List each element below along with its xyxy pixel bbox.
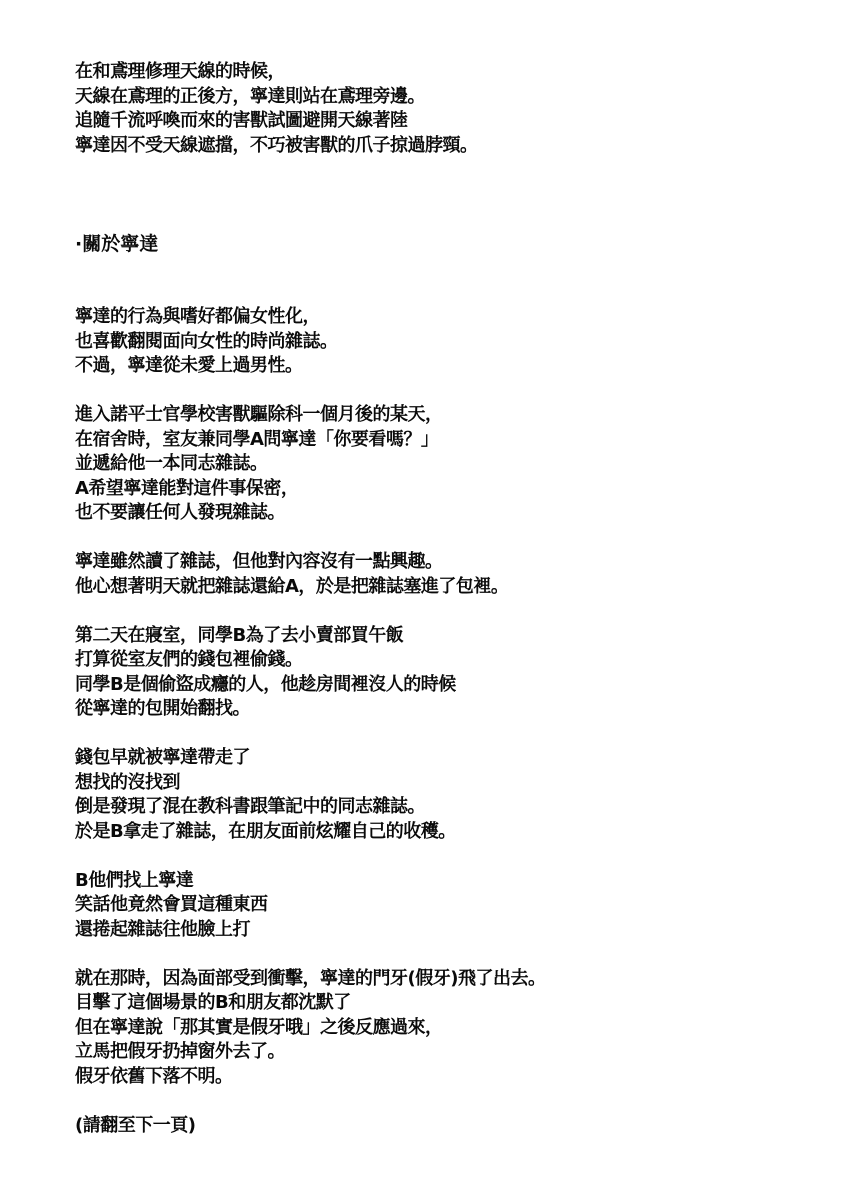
text-line: 寧達因不受天線遮擋，不巧被害獸的爪子掠過脖頸。 bbox=[75, 134, 795, 159]
paragraph-magazine: 進入諾平士官學校害獸驅除科一個月後的某天， 在宿舍時，室友兼同學A問寧達「你要看… bbox=[75, 403, 795, 526]
spacer bbox=[75, 256, 795, 281]
spacer bbox=[75, 183, 795, 208]
text-line: 笑話他竟然會買這種東西 bbox=[75, 893, 795, 918]
text-line: 但在寧達說「那其實是假牙哦」之後反應過來， bbox=[75, 1016, 795, 1041]
section-title: ·關於寧達 bbox=[75, 232, 795, 257]
text-line: 進入諾平士官學校害獸驅除科一個月後的某天， bbox=[75, 403, 795, 428]
text-line: 想找的沒找到 bbox=[75, 771, 795, 796]
text-line: 同學B是個偷盜成癮的人，他趁房間裡沒人的時候 bbox=[75, 673, 795, 698]
spacer bbox=[75, 526, 795, 551]
text-line: 他心想著明天就把雜誌還給A，於是把雜誌塞進了包裡。 bbox=[75, 575, 795, 600]
text-line: 目擊了這個場景的B和朋友都沈默了 bbox=[75, 991, 795, 1016]
text-line: 也不要讓任何人發現雜誌。 bbox=[75, 501, 795, 526]
text-line: 在和鳶理修理天線的時候， bbox=[75, 60, 795, 85]
paragraph-theft: 第二天在寢室，同學B為了去小賣部買午飯 打算從室友們的錢包裡偷錢。 同學B是個偷… bbox=[75, 624, 795, 722]
spacer bbox=[75, 158, 795, 183]
intro-paragraph: 在和鳶理修理天線的時候， 天線在鳶理的正後方，寧達則站在鳶理旁邊。 追隨千流呼喚… bbox=[75, 60, 795, 158]
text-line: 於是B拿走了雜誌，在朋友面前炫耀自己的收穫。 bbox=[75, 820, 795, 845]
paragraph-confrontation: B他們找上寧達 笑話他竟然會買這種東西 還捲起雜誌往他臉上打 bbox=[75, 869, 795, 943]
paragraph-reading: 寧達雖然讀了雜誌，但他對內容沒有一點興趣。 他心想著明天就把雜誌還給A，於是把雜… bbox=[75, 550, 795, 599]
text-line: 並遞給他一本同志雜誌。 bbox=[75, 452, 795, 477]
text-line: 追隨千流呼喚而來的害獸試圖避開天線著陸 bbox=[75, 109, 795, 134]
spacer bbox=[75, 844, 795, 869]
spacer bbox=[75, 379, 795, 404]
text-line: 寧達的行為與嗜好都偏女性化， bbox=[75, 305, 795, 330]
spacer bbox=[75, 599, 795, 624]
spacer bbox=[75, 1089, 795, 1114]
paragraph-false-tooth: 就在那時，因為面部受到衝擊，寧達的門牙(假牙)飛了出去。 目擊了這個場景的B和朋… bbox=[75, 967, 795, 1090]
text-line: A希望寧達能對這件事保密， bbox=[75, 477, 795, 502]
spacer bbox=[75, 942, 795, 967]
text-line: 假牙依舊下落不明。 bbox=[75, 1065, 795, 1090]
text-line: 打算從室友們的錢包裡偷錢。 bbox=[75, 648, 795, 673]
paragraph-discovery: 錢包早就被寧達帶走了 想找的沒找到 倒是發現了混在教科書跟筆記中的同志雜誌。 於… bbox=[75, 746, 795, 844]
paragraph-preferences: 寧達的行為與嗜好都偏女性化， 也喜歡翻閱面向女性的時尚雜誌。 不過，寧達從未愛上… bbox=[75, 305, 795, 379]
text-line: 倒是發現了混在教科書跟筆記中的同志雜誌。 bbox=[75, 795, 795, 820]
text-line: 立馬把假牙扔掉窗外去了。 bbox=[75, 1040, 795, 1065]
footer-note: (請翻至下一頁) bbox=[75, 1114, 795, 1139]
text-line: 天線在鳶理的正後方，寧達則站在鳶理旁邊。 bbox=[75, 85, 795, 110]
text-line: 在宿舍時，室友兼同學A問寧達「你要看嗎？」 bbox=[75, 428, 795, 453]
text-line: 錢包早就被寧達帶走了 bbox=[75, 746, 795, 771]
spacer bbox=[75, 207, 795, 232]
text-line: 也喜歡翻閱面向女性的時尚雜誌。 bbox=[75, 330, 795, 355]
text-line: 寧達雖然讀了雜誌，但他對內容沒有一點興趣。 bbox=[75, 550, 795, 575]
text-line: 就在那時，因為面部受到衝擊，寧達的門牙(假牙)飛了出去。 bbox=[75, 967, 795, 992]
text-line: 從寧達的包開始翻找。 bbox=[75, 697, 795, 722]
spacer bbox=[75, 722, 795, 747]
spacer bbox=[75, 281, 795, 306]
text-line: B他們找上寧達 bbox=[75, 869, 795, 894]
document-page: 在和鳶理修理天線的時候， 天線在鳶理的正後方，寧達則站在鳶理旁邊。 追隨千流呼喚… bbox=[75, 60, 795, 1138]
text-line: 不過，寧達從未愛上過男性。 bbox=[75, 354, 795, 379]
text-line: 第二天在寢室，同學B為了去小賣部買午飯 bbox=[75, 624, 795, 649]
text-line: 還捲起雜誌往他臉上打 bbox=[75, 918, 795, 943]
